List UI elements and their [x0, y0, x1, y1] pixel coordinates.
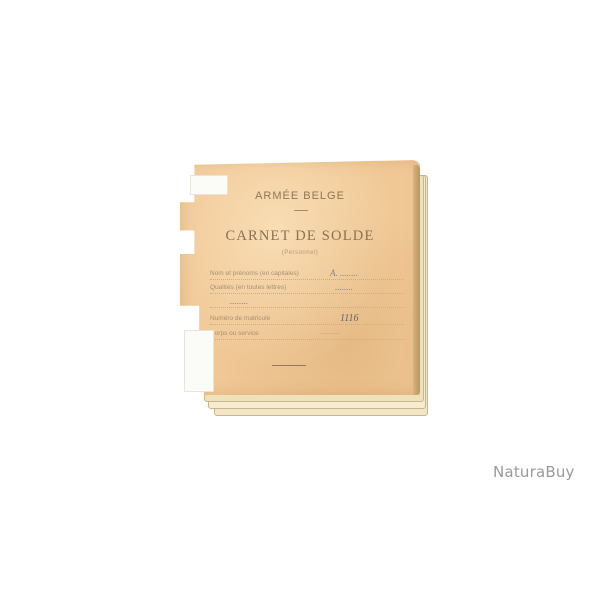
naturabuy-logo: NaturaBuy — [493, 463, 575, 481]
booklet-cover: ARMÉE BELGE CARNET DE SOLDE (Personnel) … — [180, 160, 420, 395]
cover-subtitle: (Personnel) — [180, 250, 420, 256]
booklet-spine — [413, 165, 420, 395]
divider — [294, 210, 308, 211]
cover-field-corps: Corps ou service ........... — [210, 328, 410, 342]
cover-field-continued: ........ — [210, 296, 410, 310]
divider — [272, 365, 306, 366]
product-photo: ARMÉE BELGE CARNET DE SOLDE (Personnel) … — [0, 0, 600, 600]
cover-field-qualities: Qualités (en toutes lettres) ........ — [210, 282, 410, 296]
tape-fragment — [190, 175, 228, 195]
cover-title: CARNET DE SOLDE — [180, 228, 420, 245]
cover-field-name: Nom et prénoms (en capitales) A. .......… — [210, 268, 410, 282]
cover-field-matricule: Numéro de matricule 1116 — [210, 313, 410, 327]
tape-fragment — [184, 330, 214, 392]
